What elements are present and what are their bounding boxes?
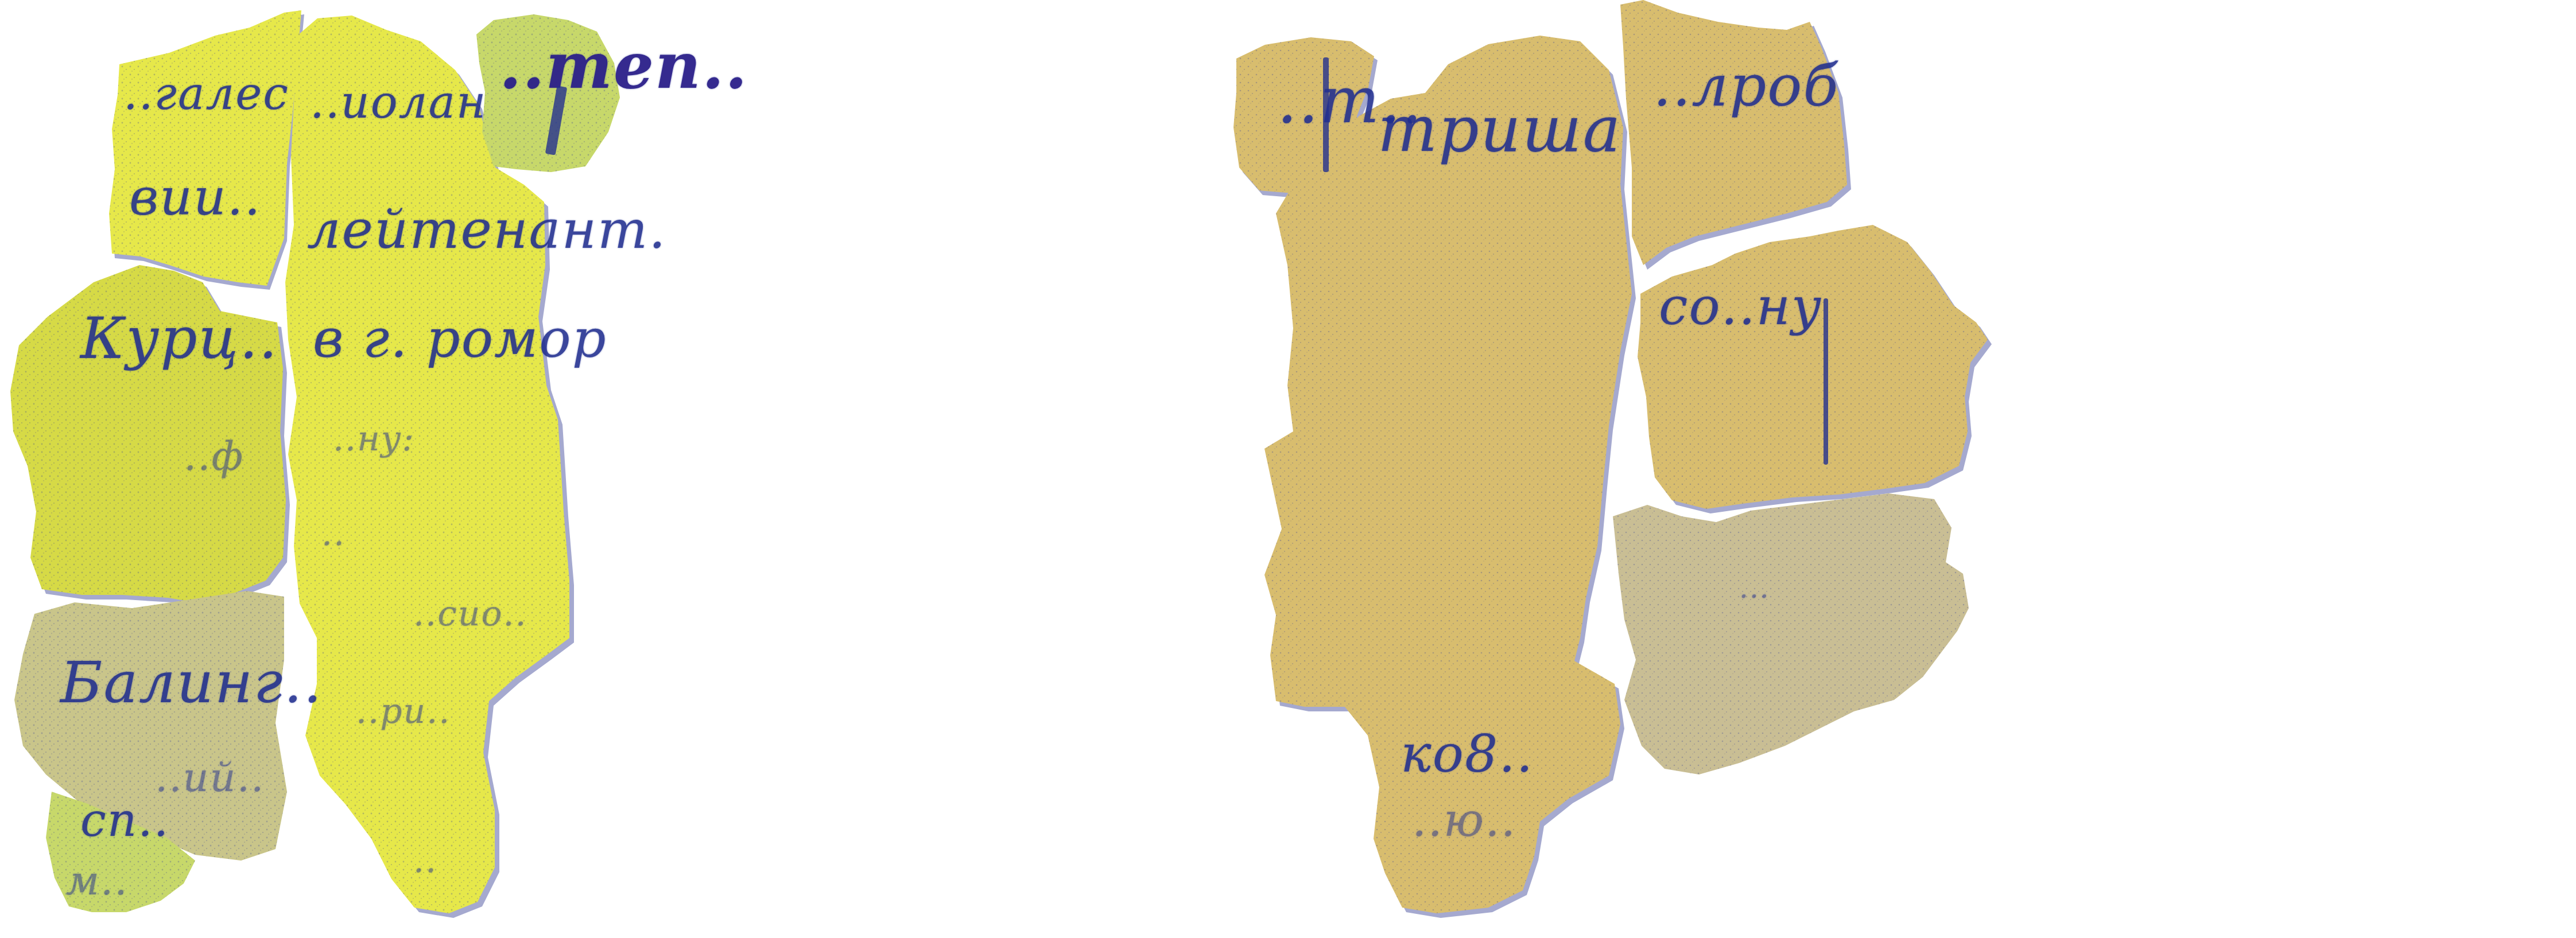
handwriting-r4-line2: ..ф	[184, 436, 244, 476]
handwriting-r3-line1: ..теп..	[499, 34, 748, 98]
ink-stroke-v1	[1323, 57, 1329, 172]
handwriting-r2-line5: ..	[321, 516, 346, 551]
recto-panel: ..галес вии.. ..иолан лейтенант. в г. ро…	[0, 0, 1223, 938]
handwriting-r2-line3: в г. ромор	[313, 313, 607, 365]
handwriting-r6-line1: сп..	[80, 797, 169, 843]
handwriting-r2-line1: ..иолан	[310, 80, 487, 125]
fragment-v5	[1613, 493, 1969, 774]
handwriting-r5-line1: Балинг..	[60, 654, 323, 711]
handwriting-v6-line1: ко8..	[1400, 729, 1534, 780]
handwriting-r7-line1: ..ри..	[356, 694, 451, 729]
handwriting-r4-line1: Курц..	[80, 310, 278, 367]
fragment-v3	[1620, 0, 1851, 270]
handwriting-r2-line4: ..ну:	[333, 422, 415, 456]
handwriting-v4-line1: со..ну	[1659, 281, 1822, 333]
handwriting-r5-line2: ..ий..	[155, 757, 265, 797]
fragment-r1	[109, 10, 304, 290]
handwriting-v3-line1: ..лроб	[1653, 57, 1840, 115]
fragment-v4	[1638, 225, 1992, 513]
verso-panel: ..т.. триша ..лроб со..ну ... ко8.. ..ю.…	[1223, 0, 2576, 938]
handwriting-v2-line1: триша	[1378, 98, 1621, 161]
handwriting-r8-line1: ..	[413, 843, 437, 878]
handwriting-r1-line2: вии..	[129, 172, 262, 223]
handwriting-v5-line1: ...	[1739, 574, 1770, 602]
fragment-v2	[1264, 36, 1636, 918]
handwriting-r2-line2: лейтенант.	[307, 204, 667, 256]
handwriting-r1-line1: ..галес	[123, 72, 289, 116]
handwriting-v6-line2: ..ю..	[1412, 797, 1516, 843]
handwriting-r2-line6: ..сио..	[413, 597, 527, 631]
handwriting-r6-line2: м..	[66, 861, 129, 901]
ink-stroke-v4	[1824, 298, 1828, 465]
